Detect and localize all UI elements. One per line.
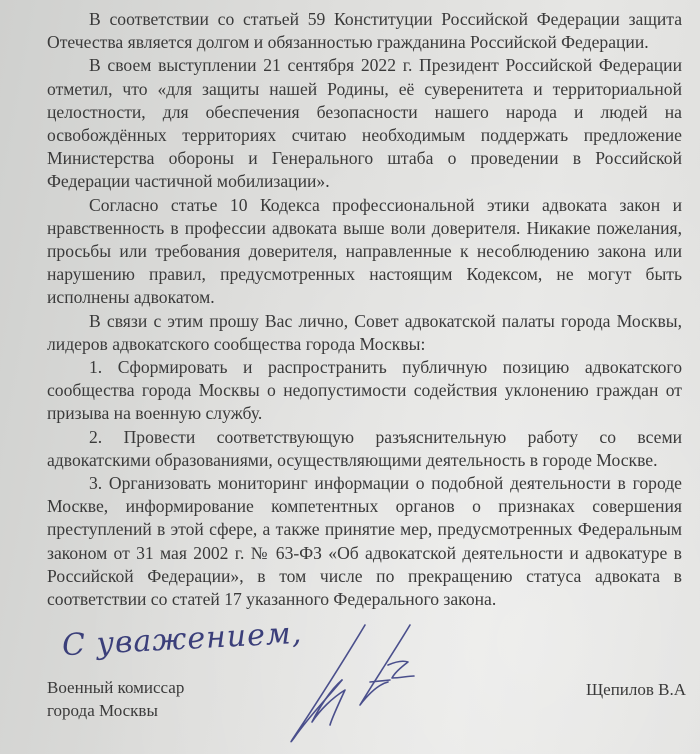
paragraph-constitution: В соответствии со статьей 59 Конституции… — [47, 8, 682, 54]
paragraph-ethics-code: Согласно статье 10 Кодекса профессиональ… — [47, 194, 682, 310]
letter-body: В соответствии со статьей 59 Конституции… — [47, 8, 682, 611]
signer-title: Военный комиссар города Москвы — [47, 676, 184, 722]
document-page: В соответствии со статьей 59 Конституции… — [0, 0, 700, 754]
signer-title-line-1: Военный комиссар — [47, 676, 184, 699]
request-item-1: 1. Сформировать и распространить публичн… — [47, 356, 682, 426]
handwritten-closing: С уважением, — [62, 622, 303, 658]
paragraph-request: В связи с этим прошу Вас лично, Совет ад… — [47, 310, 682, 356]
paragraph-president-speech: В своем выступлении 21 сентября 2022 г. … — [47, 54, 682, 193]
signer-title-line-2: города Москвы — [47, 699, 184, 722]
signer-name: Щепилов В.А — [586, 678, 686, 701]
request-item-3: 3. Организовать мониторинг информации о … — [47, 472, 682, 611]
signature-icon — [270, 610, 450, 750]
request-item-2: 2. Провести соответствующую разъяснитель… — [47, 426, 682, 472]
